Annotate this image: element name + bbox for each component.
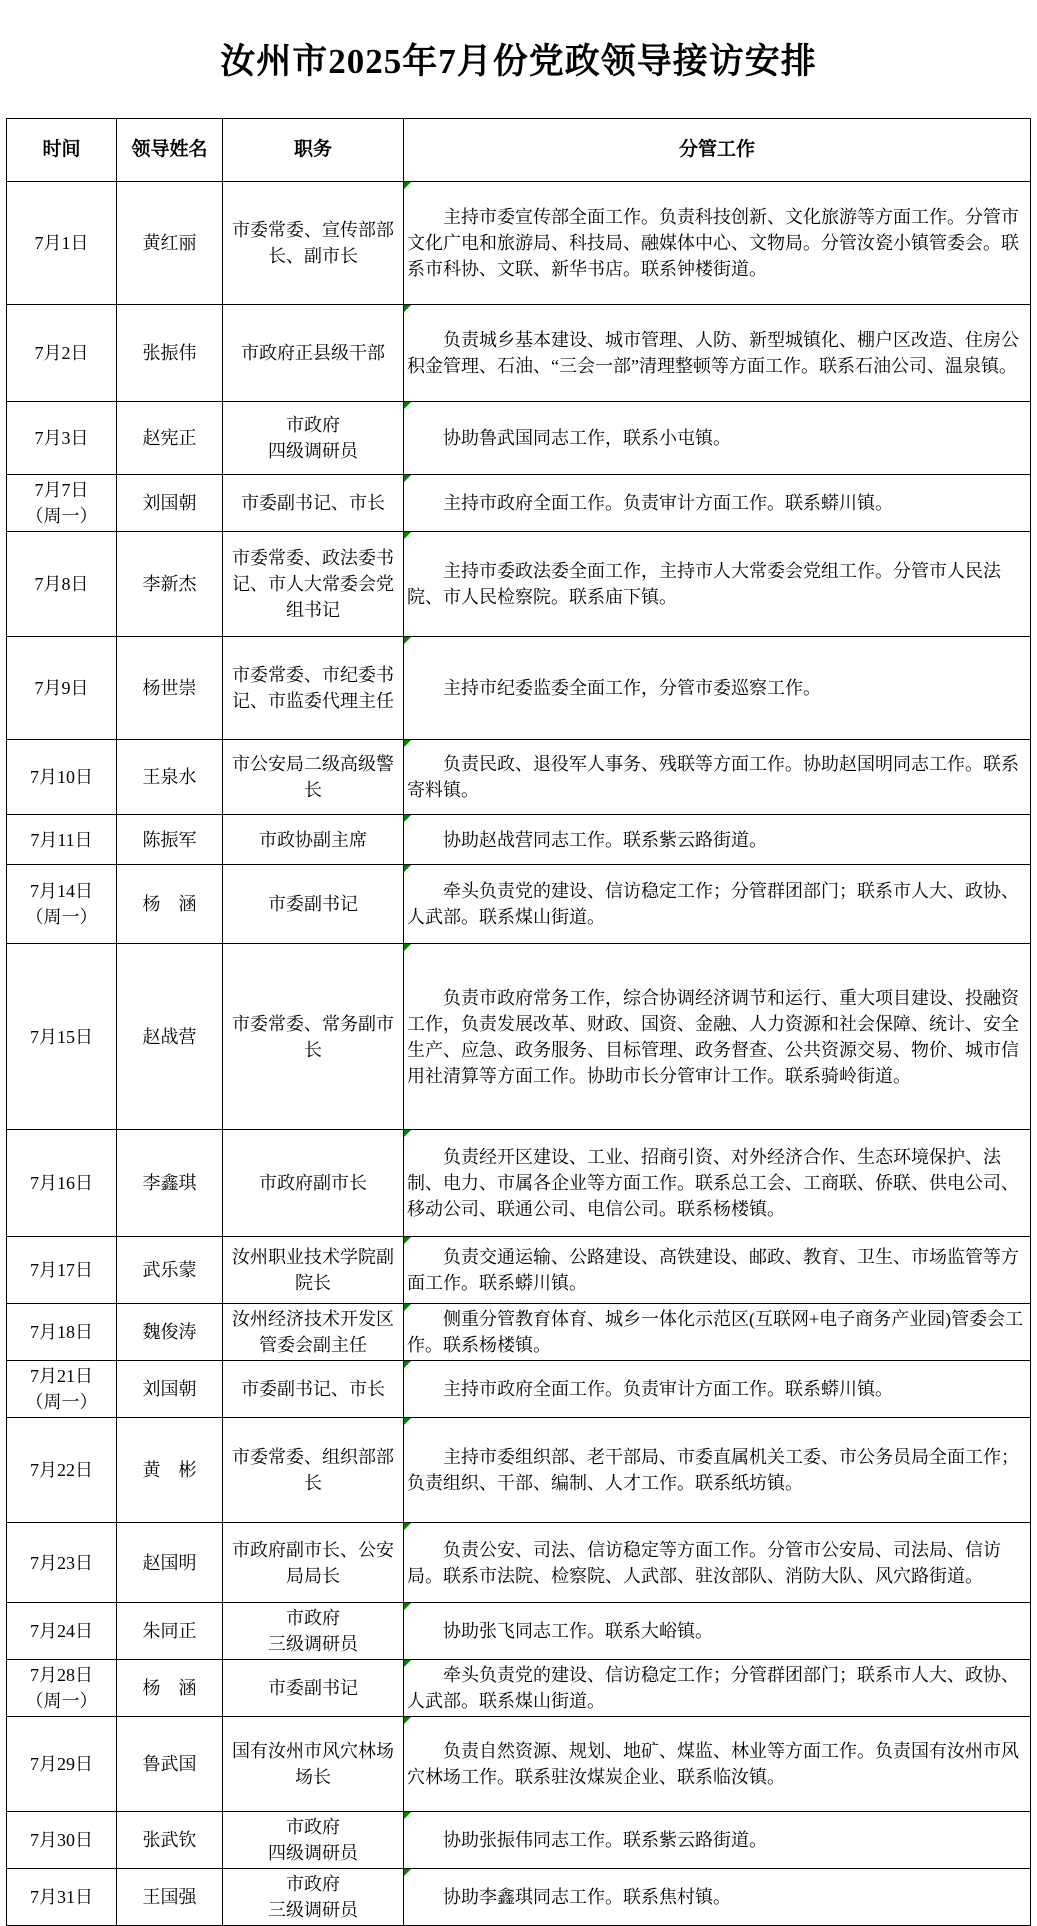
- green-triangle-icon: [404, 815, 411, 822]
- position-cell: 市政府 三级调研员: [223, 1869, 404, 1926]
- position-cell: 市政府 三级调研员: [223, 1603, 404, 1660]
- duties-cell: 负责交通运输、公路建设、高铁建设、邮政、教育、卫生、市场监管等方面工作。联系蟒川…: [404, 1237, 1031, 1304]
- time-cell: 7月28日 （周一）: [7, 1660, 117, 1717]
- position-cell: 市政府正县级干部: [223, 305, 404, 402]
- position-cell: 市政协副主席: [223, 815, 404, 865]
- duties-cell: 协助李鑫琪同志工作。联系焦村镇。: [404, 1869, 1031, 1926]
- leader-name-cell: 王国强: [117, 1869, 223, 1926]
- position-cell: 国有汝州市风穴林场场长: [223, 1717, 404, 1812]
- duties-text: 负责市政府常务工作，综合协调经济调节和运行、重大项目建设、投融资工作，负责发展改…: [407, 985, 1027, 1089]
- position-cell: 市公安局二级高级警长: [223, 740, 404, 815]
- time-cell: 7月8日: [7, 532, 117, 637]
- duties-cell: 牵头负责党的建设、信访稳定工作；分管群团部门；联系市人大、政协、人武部。联系煤山…: [404, 865, 1031, 944]
- duties-text: 协助张飞同志工作。联系大峪镇。: [407, 1618, 1027, 1644]
- leader-name-cell: 李新杰: [117, 532, 223, 637]
- position-cell: 市政府副市长: [223, 1130, 404, 1237]
- duties-cell: 侧重分管教育体育、城乡一体化示范区(互联网+电子商务产业园)管委会工作。联系杨楼…: [404, 1304, 1031, 1361]
- col-header-time: 时间: [7, 119, 117, 182]
- time-cell: 7月17日: [7, 1237, 117, 1304]
- col-header-duties: 分管工作: [404, 119, 1031, 182]
- header-row: 时间 领导姓名 职务 分管工作: [7, 119, 1031, 182]
- leader-name-cell: 魏俊涛: [117, 1304, 223, 1361]
- green-triangle-icon: [404, 1869, 411, 1876]
- schedule-table: 时间 领导姓名 职务 分管工作 7月1日黄红丽市委常委、宣传部部长、副市长主持市…: [6, 118, 1031, 1926]
- table-row: 7月8日李新杰市委常委、政法委书记、市人大常委会党组书记主持市委政法委全面工作，…: [7, 532, 1031, 637]
- table-row: 7月17日武乐蒙汝州职业技术学院副院长负责交通运输、公路建设、高铁建设、邮政、教…: [7, 1237, 1031, 1304]
- table-row: 7月28日 （周一）杨 涵市委副书记牵头负责党的建设、信访稳定工作；分管群团部门…: [7, 1660, 1031, 1717]
- duties-cell: 负责自然资源、规划、地矿、煤监、林业等方面工作。负责国有汝州市风穴林场工作。联系…: [404, 1717, 1031, 1812]
- time-cell: 7月23日: [7, 1523, 117, 1603]
- table-row: 7月16日李鑫琪市政府副市长负责经开区建设、工业、招商引资、对外经济合作、生态环…: [7, 1130, 1031, 1237]
- time-cell: 7月21日 （周一）: [7, 1361, 117, 1418]
- table-row: 7月15日赵战营市委常委、常务副市长负责市政府常务工作，综合协调经济调节和运行、…: [7, 944, 1031, 1130]
- time-cell: 7月31日: [7, 1869, 117, 1926]
- duties-cell: 负责城乡基本建设、城市管理、人防、新型城镇化、棚户区改造、住房公积金管理、石油、…: [404, 305, 1031, 402]
- leader-name-cell: 黄 彬: [117, 1418, 223, 1523]
- time-cell: 7月1日: [7, 182, 117, 305]
- green-triangle-icon: [404, 475, 411, 482]
- leader-name-cell: 王泉水: [117, 740, 223, 815]
- green-triangle-icon: [404, 182, 411, 189]
- duties-text: 负责城乡基本建设、城市管理、人防、新型城镇化、棚户区改造、住房公积金管理、石油、…: [407, 327, 1027, 379]
- duties-cell: 负责市政府常务工作，综合协调经济调节和运行、重大项目建设、投融资工作，负责发展改…: [404, 944, 1031, 1130]
- duties-text: 主持市委政法委全面工作，主持市人大常委会党组工作。分管市人民法院、市人民检察院。…: [407, 558, 1027, 610]
- duties-cell: 负责民政、退役军人事务、残联等方面工作。协助赵国明同志工作。联系寄料镇。: [404, 740, 1031, 815]
- time-cell: 7月18日: [7, 1304, 117, 1361]
- table-row: 7月1日黄红丽市委常委、宣传部部长、副市长主持市委宣传部全面工作。负责科技创新、…: [7, 182, 1031, 305]
- leader-name-cell: 陈振军: [117, 815, 223, 865]
- duties-text: 主持市政府全面工作。负责审计方面工作。联系蟒川镇。: [407, 490, 1027, 516]
- leader-name-cell: 武乐蒙: [117, 1237, 223, 1304]
- leader-name-cell: 张振伟: [117, 305, 223, 402]
- time-cell: 7月22日: [7, 1418, 117, 1523]
- position-cell: 市政府 四级调研员: [223, 402, 404, 475]
- leader-name-cell: 杨 涵: [117, 865, 223, 944]
- leader-name-cell: 黄红丽: [117, 182, 223, 305]
- duties-cell: 协助张飞同志工作。联系大峪镇。: [404, 1603, 1031, 1660]
- duties-text: 协助李鑫琪同志工作。联系焦村镇。: [407, 1884, 1027, 1910]
- time-cell: 7月16日: [7, 1130, 117, 1237]
- duties-cell: 主持市委政法委全面工作，主持市人大常委会党组工作。分管市人民法院、市人民检察院。…: [404, 532, 1031, 637]
- green-triangle-icon: [404, 1237, 411, 1244]
- green-triangle-icon: [404, 305, 411, 312]
- green-triangle-icon: [404, 1418, 411, 1425]
- table-row: 7月21日 （周一）刘国朝市委副书记、市长主持市政府全面工作。负责审计方面工作。…: [7, 1361, 1031, 1418]
- position-cell: 市委常委、市纪委书记、市监委代理主任: [223, 637, 404, 740]
- duties-text: 主持市委组织部、老干部局、市委直属机关工委、市公务员局全面工作；负责组织、干部、…: [407, 1444, 1027, 1496]
- duties-text: 负责交通运输、公路建设、高铁建设、邮政、教育、卫生、市场监管等方面工作。联系蟒川…: [407, 1244, 1027, 1296]
- table-row: 7月3日赵宪正市政府 四级调研员协助鲁武国同志工作，联系小屯镇。: [7, 402, 1031, 475]
- duties-cell: 协助鲁武国同志工作，联系小屯镇。: [404, 402, 1031, 475]
- time-cell: 7月3日: [7, 402, 117, 475]
- time-cell: 7月7日 （周一）: [7, 475, 117, 532]
- duties-cell: 协助张振伟同志工作。联系紫云路街道。: [404, 1812, 1031, 1869]
- time-cell: 7月11日: [7, 815, 117, 865]
- duties-text: 负责公安、司法、信访稳定等方面工作。分管市公安局、司法局、信访局。联系市法院、检…: [407, 1537, 1027, 1589]
- green-triangle-icon: [404, 1304, 411, 1311]
- duties-text: 协助张振伟同志工作。联系紫云路街道。: [407, 1827, 1027, 1853]
- green-triangle-icon: [404, 532, 411, 539]
- duties-text: 协助鲁武国同志工作，联系小屯镇。: [407, 425, 1027, 451]
- leader-name-cell: 杨 涵: [117, 1660, 223, 1717]
- position-cell: 市政府 四级调研员: [223, 1812, 404, 1869]
- table-row: 7月18日魏俊涛汝州经济技术开发区管委会副主任侧重分管教育体育、城乡一体化示范区…: [7, 1304, 1031, 1361]
- time-cell: 7月9日: [7, 637, 117, 740]
- table-row: 7月30日张武钦市政府 四级调研员协助张振伟同志工作。联系紫云路街道。: [7, 1812, 1031, 1869]
- leader-name-cell: 朱同正: [117, 1603, 223, 1660]
- position-cell: 汝州经济技术开发区管委会副主任: [223, 1304, 404, 1361]
- position-cell: 市委常委、宣传部部长、副市长: [223, 182, 404, 305]
- time-cell: 7月2日: [7, 305, 117, 402]
- leader-name-cell: 李鑫琪: [117, 1130, 223, 1237]
- duties-cell: 主持市政府全面工作。负责审计方面工作。联系蟒川镇。: [404, 1361, 1031, 1418]
- duties-cell: 牵头负责党的建设、信访稳定工作；分管群团部门；联系市人大、政协、人武部。联系煤山…: [404, 1660, 1031, 1717]
- leader-name-cell: 鲁武国: [117, 1717, 223, 1812]
- green-triangle-icon: [404, 402, 411, 409]
- leader-name-cell: 赵宪正: [117, 402, 223, 475]
- time-cell: 7月29日: [7, 1717, 117, 1812]
- duties-text: 主持市政府全面工作。负责审计方面工作。联系蟒川镇。: [407, 1376, 1027, 1402]
- table-row: 7月22日黄 彬市委常委、组织部部长主持市委组织部、老干部局、市委直属机关工委、…: [7, 1418, 1031, 1523]
- duties-cell: 协助赵战营同志工作。联系紫云路街道。: [404, 815, 1031, 865]
- duties-cell: 主持市委组织部、老干部局、市委直属机关工委、市公务员局全面工作；负责组织、干部、…: [404, 1418, 1031, 1523]
- duties-text: 协助赵战营同志工作。联系紫云路街道。: [407, 827, 1027, 853]
- time-cell: 7月10日: [7, 740, 117, 815]
- leader-name-cell: 刘国朝: [117, 1361, 223, 1418]
- page-title: 汝州市2025年7月份党政领导接访安排: [0, 0, 1037, 118]
- green-triangle-icon: [404, 1660, 411, 1667]
- position-cell: 市委副书记: [223, 1660, 404, 1717]
- duties-text: 主持市委宣传部全面工作。负责科技创新、文化旅游等方面工作。分管市文化广电和旅游局…: [407, 204, 1027, 282]
- time-cell: 7月15日: [7, 944, 117, 1130]
- leader-name-cell: 赵国明: [117, 1523, 223, 1603]
- col-header-position: 职务: [223, 119, 404, 182]
- table-row: 7月10日王泉水市公安局二级高级警长负责民政、退役军人事务、残联等方面工作。协助…: [7, 740, 1031, 815]
- leader-name-cell: 张武钦: [117, 1812, 223, 1869]
- duties-cell: 负责公安、司法、信访稳定等方面工作。分管市公安局、司法局、信访局。联系市法院、检…: [404, 1523, 1031, 1603]
- table-row: 7月31日王国强市政府 三级调研员协助李鑫琪同志工作。联系焦村镇。: [7, 1869, 1031, 1926]
- duties-text: 负责经开区建设、工业、招商引资、对外经济合作、生态环境保护、法制、电力、市属各企…: [407, 1144, 1027, 1222]
- duties-text: 牵头负责党的建设、信访稳定工作；分管群团部门；联系市人大、政协、人武部。联系煤山…: [407, 1662, 1027, 1714]
- position-cell: 市委常委、政法委书记、市人大常委会党组书记: [223, 532, 404, 637]
- time-cell: 7月24日: [7, 1603, 117, 1660]
- leader-name-cell: 赵战营: [117, 944, 223, 1130]
- table-row: 7月23日赵国明市政府副市长、公安局局长负责公安、司法、信访稳定等方面工作。分管…: [7, 1523, 1031, 1603]
- duties-text: 侧重分管教育体育、城乡一体化示范区(互联网+电子商务产业园)管委会工作。联系杨楼…: [407, 1306, 1027, 1358]
- duties-cell: 负责经开区建设、工业、招商引资、对外经济合作、生态环境保护、法制、电力、市属各企…: [404, 1130, 1031, 1237]
- position-cell: 市委副书记: [223, 865, 404, 944]
- green-triangle-icon: [404, 865, 411, 872]
- position-cell: 市委副书记、市长: [223, 475, 404, 532]
- col-header-leader-name: 领导姓名: [117, 119, 223, 182]
- duties-text: 主持市纪委监委全面工作，分管市委巡察工作。: [407, 675, 1027, 701]
- table-row: 7月2日张振伟市政府正县级干部负责城乡基本建设、城市管理、人防、新型城镇化、棚户…: [7, 305, 1031, 402]
- duties-cell: 主持市政府全面工作。负责审计方面工作。联系蟒川镇。: [404, 475, 1031, 532]
- duties-cell: 主持市委宣传部全面工作。负责科技创新、文化旅游等方面工作。分管市文化广电和旅游局…: [404, 182, 1031, 305]
- green-triangle-icon: [404, 1523, 411, 1530]
- green-triangle-icon: [404, 1812, 411, 1819]
- table-row: 7月14日 （周一）杨 涵市委副书记牵头负责党的建设、信访稳定工作；分管群团部门…: [7, 865, 1031, 944]
- position-cell: 汝州职业技术学院副院长: [223, 1237, 404, 1304]
- duties-text: 牵头负责党的建设、信访稳定工作；分管群团部门；联系市人大、政协、人武部。联系煤山…: [407, 878, 1027, 930]
- green-triangle-icon: [404, 944, 411, 951]
- table-body: 7月1日黄红丽市委常委、宣传部部长、副市长主持市委宣传部全面工作。负责科技创新、…: [7, 182, 1031, 1926]
- duties-text: 负责民政、退役军人事务、残联等方面工作。协助赵国明同志工作。联系寄料镇。: [407, 751, 1027, 803]
- document-page: 汝州市2025年7月份党政领导接访安排 时间 领导姓名 职务 分管工作 7月1日…: [0, 0, 1037, 1926]
- time-cell: 7月14日 （周一）: [7, 865, 117, 944]
- table-row: 7月29日鲁武国国有汝州市风穴林场场长负责自然资源、规划、地矿、煤监、林业等方面…: [7, 1717, 1031, 1812]
- green-triangle-icon: [404, 637, 411, 644]
- green-triangle-icon: [404, 740, 411, 747]
- duties-text: 负责自然资源、规划、地矿、煤监、林业等方面工作。负责国有汝州市风穴林场工作。联系…: [407, 1738, 1027, 1790]
- time-cell: 7月30日: [7, 1812, 117, 1869]
- duties-cell: 主持市纪委监委全面工作，分管市委巡察工作。: [404, 637, 1031, 740]
- position-cell: 市委副书记、市长: [223, 1361, 404, 1418]
- green-triangle-icon: [404, 1130, 411, 1137]
- green-triangle-icon: [404, 1717, 411, 1724]
- green-triangle-icon: [404, 1361, 411, 1368]
- table-row: 7月11日陈振军市政协副主席协助赵战营同志工作。联系紫云路街道。: [7, 815, 1031, 865]
- table-row: 7月7日 （周一）刘国朝市委副书记、市长主持市政府全面工作。负责审计方面工作。联…: [7, 475, 1031, 532]
- leader-name-cell: 刘国朝: [117, 475, 223, 532]
- position-cell: 市委常委、组织部部长: [223, 1418, 404, 1523]
- table-row: 7月9日杨世崇市委常委、市纪委书记、市监委代理主任主持市纪委监委全面工作，分管市…: [7, 637, 1031, 740]
- position-cell: 市政府副市长、公安局局长: [223, 1523, 404, 1603]
- green-triangle-icon: [404, 1603, 411, 1610]
- position-cell: 市委常委、常务副市长: [223, 944, 404, 1130]
- leader-name-cell: 杨世崇: [117, 637, 223, 740]
- table-row: 7月24日朱同正市政府 三级调研员协助张飞同志工作。联系大峪镇。: [7, 1603, 1031, 1660]
